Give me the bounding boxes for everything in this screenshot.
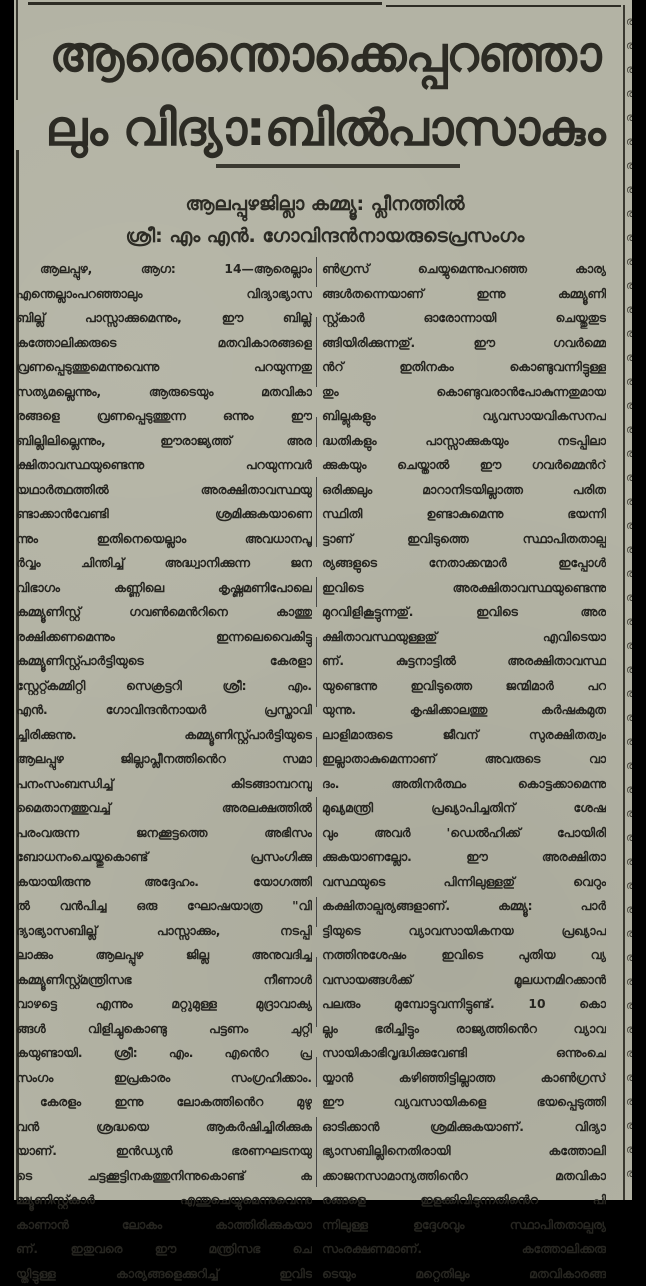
article-line: വസ്ഥയുടെ പിന്നിലുള്ളതു് വെറും — [322, 870, 606, 895]
headline-line-1: ആരെന്തൊക്കെപ്പറഞ്ഞാ — [28, 18, 622, 92]
article-line: ൺഗ്രസ് ചെയ്യുമെന്നുപറഞ്ഞ കാര്യ — [322, 257, 606, 282]
headline-divider — [216, 164, 460, 168]
article-line: ക്ഷിതാവസ്ഥയുള്ളതു് എവിടെയാ — [322, 625, 606, 650]
article-line: സത്യമല്ലെന്നും, ആരുടെയും മതവികാ — [16, 380, 312, 405]
article-column-left: ആലപ്പുഴ, ആഗ: 14—ആരെല്ലാംഎന്തെല്ലാംപറഞ്ഞാ… — [16, 257, 312, 1200]
article-line: ബോധനംചെയ്തുകൊണ്ട് പ്രസംഗിക്കു — [16, 845, 312, 870]
article-line: സ്ഥിതി ഉണ്ടാകുമെന്നു ഭയന്നി — [322, 502, 606, 527]
article-line: വിഭാഗം കണ്ണിലെ കൃഷ്ണമണിപോലെ — [16, 576, 312, 601]
article-line: ക്ഷിതാവസ്ഥയുണ്ടെന്നു പറയുന്നവർ — [16, 453, 312, 478]
article-line: യുണ്ടെന്നു ഇവിടുത്തെ ജന്മിമാർ പറ — [322, 674, 606, 699]
article-line: ലാളിമാരുടെ ജീവന് സുരക്ഷിതത്വം — [322, 723, 606, 748]
article-line: യ്യാൻ കഴിഞ്ഞിട്ടില്ലാത്ത കാൺഗ്രസ് — [322, 1066, 606, 1091]
article-line: ട്ടിയുടെ വ്യാവസായികനയ പ്രഖ്യാപ — [322, 919, 606, 944]
article-line: ബില്ലിലില്ലെന്നും, ഈരാജ്യത്ത് അര — [16, 429, 312, 454]
article-line: ഇവിടെ അരക്ഷിതാവസ്ഥയുണ്ടെന്നു — [322, 576, 606, 601]
article-line: മ്മ്യൂണിസ്റ്റ്കാർ എന്തുചെയ്യുമെന്നുവെന്ന… — [16, 1188, 312, 1200]
top-rule-right — [386, 5, 621, 7]
subheadline: ആലപ്പുഴജില്ലാ കമ്മ്യൂ: പ്ലീനത്തിൽ ശ്രീ: … — [28, 188, 622, 252]
article-line: ടെ ചട്ടക്കൂട്ടിനകത്തുനിന്നുകൊണ്ട് ക — [16, 1164, 312, 1189]
article-line: ങ്ങിയിരിക്കുന്നതു്. ഈ ഗവർമ്മെ — [322, 331, 606, 356]
article-line: ർവ്വം ചിന്തിച്ച് അദ്ധ്വാനിക്കുന്ന ജന — [16, 551, 312, 576]
article-line: ണ്. കുട്ടനാട്ടിൽ അരക്ഷിതാവസ്ഥ — [322, 649, 606, 674]
article-line: സ്റ്റേറ്റ്കമ്മിറ്റി സെക്രട്ടറി ശ്രീ: എം. — [16, 674, 312, 699]
article-line: മുഖ്യമന്ത്രി പ്രഖ്യാപിച്ചതിന് ശേഷ — [322, 796, 606, 821]
article-line: ബില്ല് പാസ്സാക്കുമെന്നും, ഈ ബില്ല് — [16, 306, 312, 331]
article-line: ക്കാജനസാമാന്യത്തിൻെറ മതവികാ — [322, 1164, 606, 1189]
article-line: ൻറ് ഇതിനകം കൊണ്ടുവന്നിട്ടുള്ള — [322, 355, 606, 380]
column-divider — [316, 257, 317, 1200]
article-line: ആലപ്പുഴ, ആഗ: 14—ആരെല്ലാം — [16, 257, 312, 282]
headline-line-2: ലും വിദ്യാ:ബിൽപാസാകും — [28, 92, 622, 166]
article-line: കത്തോലിക്കരുടെ മതവികാരങ്ങളെ — [16, 331, 312, 356]
article-line: ഒരിക്കലും മാറാനിടയില്ലാത്ത പരിത — [322, 478, 606, 503]
article-line: ഓടിക്കാൻ ശ്രമിക്കുകയാണ്. വിദ്യാ — [322, 1115, 606, 1140]
article-line: വും അവർ 'ഡെൽഹിക്ക് പോയിരി — [322, 821, 606, 846]
article-line: വൻ ശ്രദ്ധയെ ആകർഷിച്ചിരിക്കുക — [16, 1115, 312, 1140]
article-line: ൽ വൻപിച്ച ഒരു ഘോഷയാത്ര "വി — [16, 894, 312, 919]
article-line: ക്കുകയും ചെയ്താൽ ഈ ഗവർമ്മെൻറ് — [322, 453, 606, 478]
article-line: പരംവരുന്ന ജനക്കൂട്ടത്തെ അഭിസം — [16, 821, 312, 846]
article-line: കയായിരുന്നു അദ്ദേഹം. യോഗത്തി — [16, 870, 312, 895]
article-column-right: ൺഗ്രസ് ചെയ്യുമെന്നുപറഞ്ഞ കാര്യങ്ങൾതന്നെയ… — [322, 257, 606, 1200]
top-rule-left — [28, 2, 382, 5]
article-line: കേരളം ഇന്നു ലോകത്തിൻെറ മുഴു — [16, 1090, 312, 1115]
article-line: രങ്ങളെ വ്രണപ്പെടുത്തുന്ന ഒന്നും ഈ — [16, 404, 312, 429]
article-line: വ്രണപ്പെടുത്തുമെന്നുവെന്നു പറയുന്നതു — [16, 355, 312, 380]
article-line: ണ്ടാക്കാൻവേണ്ടി ശ്രമിക്കുകയാണെ — [16, 502, 312, 527]
article-line: രങ്ങളെ ഇളക്കിവിടുന്നതിൻെറ പി — [322, 1188, 606, 1200]
article-line: ലാക്കും ആലപ്പുഴ ജില്ല അനുവദിച്ച — [16, 943, 312, 968]
article-line: കമ്മ്യൂണിസ്റ്റ്മന്ത്രിസഭ നീണാൾ — [16, 968, 312, 993]
article-line: വസായങ്ങൾക്ക് മൂലധനമിറക്കാൻ — [322, 968, 606, 993]
article-line: സായികാഭിവൃദ്ധിക്കുവേണ്ടി ഒന്നുംചെ — [322, 1041, 606, 1066]
article-line: വാഴട്ടെ എന്നും മറ്റുമുള്ള മുദ്രാവാക്യ — [16, 992, 312, 1017]
article-line: യുന്നു. കൃഷിക്കാലത്തു കർഷകമുത — [322, 698, 606, 723]
article-line: സ്റ്റ്കാർ ഓരോന്നായി ചെയ്തുതുട — [322, 306, 606, 331]
article-line: ക്കുകയാണല്ലോ. ഈ അരക്ഷിതാ — [322, 845, 606, 870]
article-line: യഥാർത്ഥത്തിൽ അരക്ഷിതാവസ്ഥയു — [16, 478, 312, 503]
article-line: സംഗം ഇപ്രകാരം സംഗ്രഹിക്കാം. — [16, 1066, 312, 1091]
subheadline-line-1: ആലപ്പുഴജില്ലാ കമ്മ്യൂ: പ്ലീനത്തിൽ — [28, 188, 622, 220]
article-line: തും കൊണ്ടുവരാൻപോകുന്നതുമായ — [322, 380, 606, 405]
article-line: നത്തിനുശേഷം ഇവിടെ പുതിയ വ്യ — [322, 943, 606, 968]
article-line: എന്തെല്ലാംപറഞ്ഞാലും വിദ്യാഭ്യാസ — [16, 282, 312, 307]
article-line: ര്യങ്ങളുടെ നേതാക്കന്മാർ ഇപ്പോൾ — [322, 551, 606, 576]
article-line: മൈതാനത്തുവച്ച് അരലക്ഷത്തിൽ — [16, 796, 312, 821]
article-line: ച്ചിരിക്കുന്നു. കമ്മ്യൂണിസ്റ്റ്പാർട്ടിയു… — [16, 723, 312, 748]
article-line: ബില്ലുകളും വ്യവസായവികസനപ — [322, 404, 606, 429]
article-line: ദ്ധതികളും പാസ്സാക്കുകയും നടപ്പിലാ — [322, 429, 606, 454]
right-border-rule — [623, 5, 625, 1200]
article-line: യാണ്. ഇൻഡ്യൻ ഭരണഘടനയു — [16, 1139, 312, 1164]
adjacent-column-edge: രരരരരരരരരരരരരരരരരരരരരരരരരരരരരരരരരരരരരരരര… — [626, 10, 632, 1200]
article-line: പനംസംബന്ധിച്ച് കിടങ്ങാമ്പറമ്പു — [16, 772, 312, 797]
article-line: ങ്ങൾതന്നെയാണ് ഇന്നു കമ്മ്യൂണി — [322, 282, 606, 307]
article-line: ദ്യാഭ്യാസബില്ല് പാസ്സാക്കും, നടപ്പി — [16, 919, 312, 944]
article-line: എൻ. ഗോവിന്ദൻനായർ പ്രസ്താവി — [16, 698, 312, 723]
article-line: ഭ്യാസബില്ലിനെതിരായി കത്തോലി — [322, 1139, 606, 1164]
article-line: ഇല്ലാതാകുമെന്നാണ് അവരുടെ വാ — [322, 747, 606, 772]
article-line: കക്ഷിതാല്പര്യങ്ങളാണ്. കമ്മ്യൂ: പാർ — [322, 894, 606, 919]
article-line: ന്നും ഇതിനെയെല്ലാം അവധാനപൂ — [16, 527, 312, 552]
article-line: പലരും മുമ്പോട്ടുവന്നിട്ടുണ്ട്. 10 കൊ — [322, 992, 606, 1017]
article-line: മുറവിളികൂട്ടുന്നതു്. ഇവിടെ അര — [322, 600, 606, 625]
article-line: കമ്മ്യൂണിസ്റ്റ്പാർട്ടിയുടെ കേരളാ — [16, 649, 312, 674]
subheadline-line-2: ശ്രീ: എം എൻ. ഗോവിന്ദൻനായരുടെപ്രസംഗം — [28, 220, 622, 252]
article-line: ല്ലം ഭരിച്ചിട്ടും രാജ്യത്തിൻെറ വ്യാവ — [322, 1017, 606, 1042]
left-border-rule — [16, 0, 18, 100]
article-line: കമ്മ്യൂണിസ്റ്റ് ഗവൺമെൻറിനെ കാത്തു — [16, 600, 312, 625]
article-line: കയുണ്ടായി. ശ്രീ: എം. എൻെറ പ്ര — [16, 1041, 312, 1066]
article-line: ദം. അതിനർത്ഥം കൊട്ടക്കാമെന്നു — [322, 772, 606, 797]
article-line: ട്ടാണ് ഇവിടുത്തെ സ്ഥാപിതതാല്പ — [322, 527, 606, 552]
article-line: രക്ഷിക്കണമെന്നും ഇന്നലെവൈകിട്ടു — [16, 625, 312, 650]
article-line: ങ്ങൾ വിളിച്ചുകൊണ്ടു പട്ടണം ചുറ്റി — [16, 1017, 312, 1042]
article-line: ആലപ്പുഴ ജില്ലാപ്ലീനത്തിൻെറ സമാ — [16, 747, 312, 772]
article-line: ഈ വ്യവസായികളെ ഭയപ്പെടുത്തി — [322, 1090, 606, 1115]
headline: ആരെന്തൊക്കെപ്പറഞ്ഞാ ലും വിദ്യാ:ബിൽപാസാകു… — [28, 18, 622, 166]
